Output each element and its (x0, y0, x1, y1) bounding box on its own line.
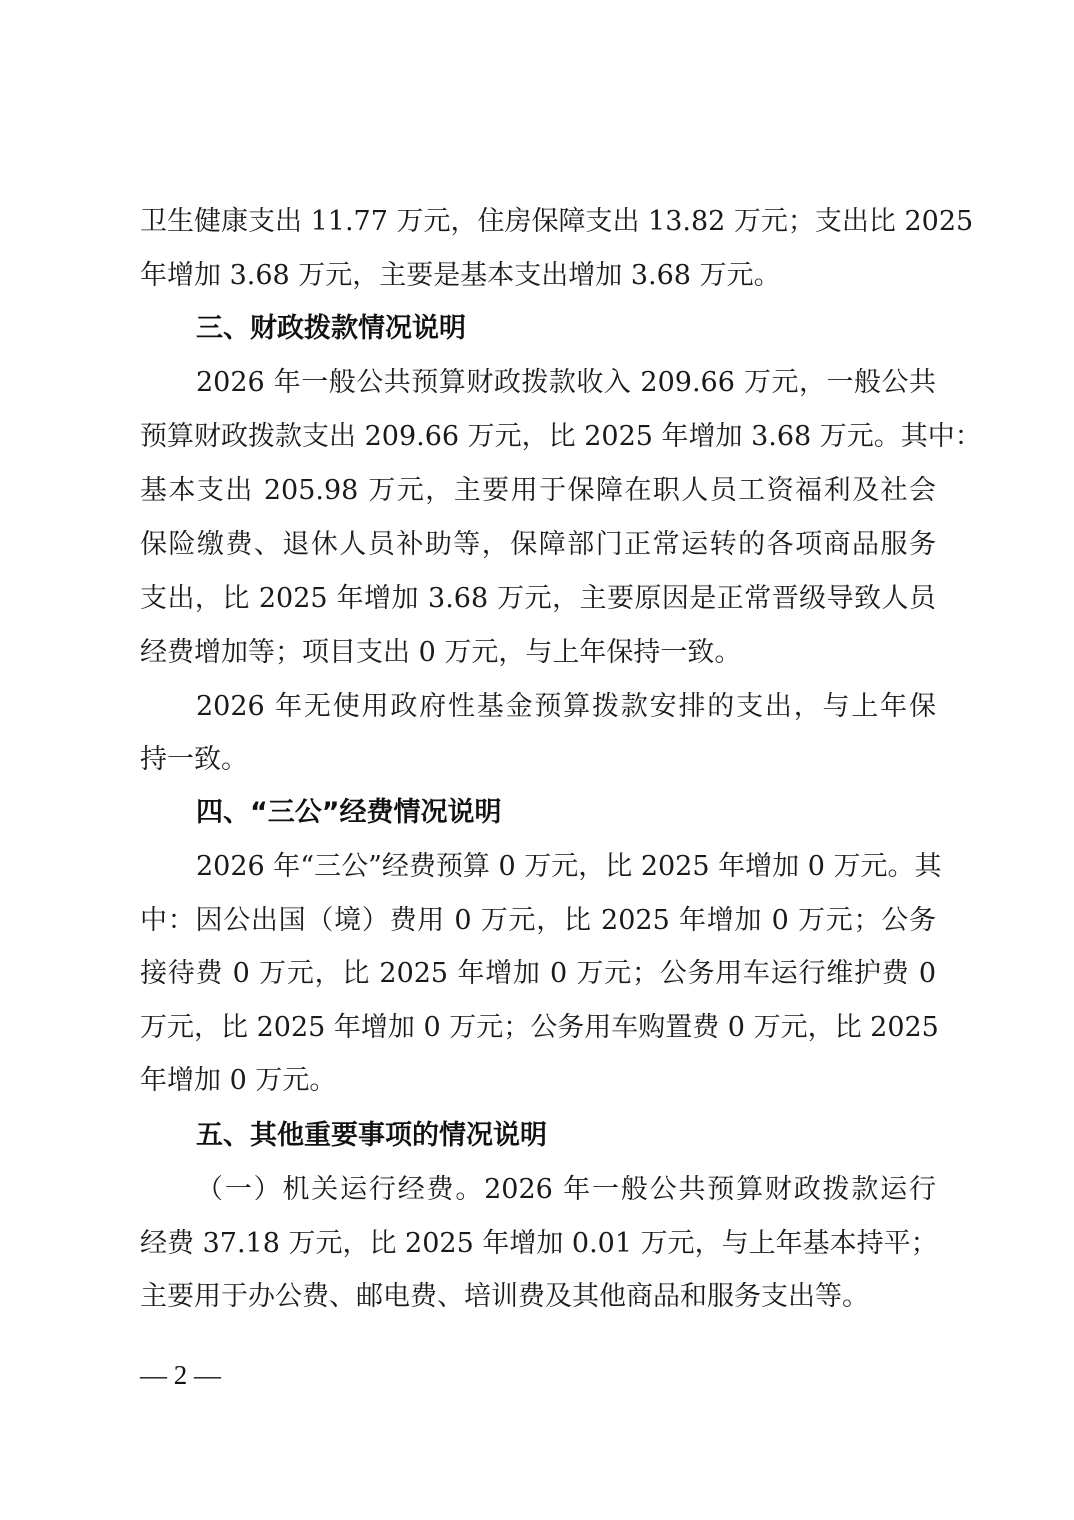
body-text-line: （一）机关运行经费。2026 年一般公共预算财政拨款运行 (196, 1170, 936, 1210)
body-text-line: 2026 年“三公”经费预算 0 万元，比 2025 年增加 0 万元。其 (196, 847, 936, 887)
body-text-line: 主要用于办公费、邮电费、培训费及其他商品和服务支出等。 (140, 1277, 936, 1317)
page-number: — 2 — (140, 1357, 221, 1393)
body-text-line: 经费增加等；项目支出 0 万元，与上年保持一致。 (140, 633, 936, 673)
body-text-line: 支出，比 2025 年增加 3.68 万元，主要原因是正常晋级导致人员 (140, 579, 936, 619)
body-text-line: 年增加 3.68 万元，主要是基本支出增加 3.68 万元。 (140, 256, 936, 296)
body-text-line: 保险缴费、退休人员补助等，保障部门正常运转的各项商品服务 (140, 525, 936, 565)
body-text-line: 年增加 0 万元。 (140, 1061, 936, 1101)
body-text-line: 万元，比 2025 年增加 0 万元；公务用车购置费 0 万元，比 2025 (140, 1008, 936, 1048)
body-text-line: 经费 37.18 万元，比 2025 年增加 0.01 万元，与上年基本持平； (140, 1224, 936, 1264)
body-text-line: 接待费 0 万元，比 2025 年增加 0 万元；公务用车运行维护费 0 (140, 954, 936, 994)
section-heading: 五、其他重要事项的情况说明 (196, 1116, 547, 1156)
body-text-line: 持一致。 (140, 740, 936, 780)
body-text-line: 基本支出 205.98 万元，主要用于保障在职人员工资福利及社会 (140, 471, 936, 511)
body-text-line: 2026 年无使用政府性基金预算拨款安排的支出，与上年保 (196, 687, 936, 727)
document-page: 卫生健康支出 11.77 万元，住房保障支出 13.82 万元；支出比 2025… (0, 0, 1074, 1520)
body-text-line: 2026 年一般公共预算财政拨款收入 209.66 万元，一般公共 (196, 363, 936, 403)
body-text-line: 卫生健康支出 11.77 万元，住房保障支出 13.82 万元；支出比 2025 (140, 202, 936, 242)
section-heading: 三、财政拨款情况说明 (196, 309, 466, 349)
body-text-line: 预算财政拨款支出 209.66 万元，比 2025 年增加 3.68 万元。其中… (140, 417, 936, 457)
body-text-line: 中：因公出国（境）费用 0 万元，比 2025 年增加 0 万元；公务 (140, 901, 936, 941)
section-heading: 四、“三公”经费情况说明 (196, 793, 502, 833)
